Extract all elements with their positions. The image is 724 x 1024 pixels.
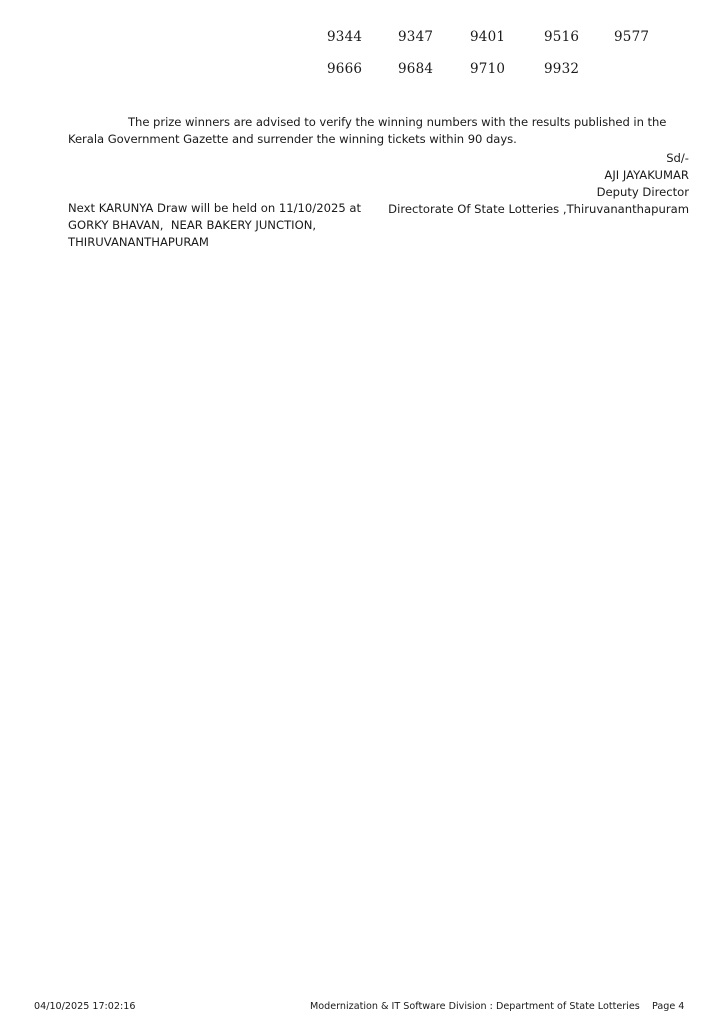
signatory-designation: Deputy Director (597, 184, 689, 201)
next-draw-line: Next KARUNYA Draw will be held on 11/10/… (68, 200, 388, 217)
signature-sd: Sd/- (666, 150, 689, 167)
numbers-row: 9666 9684 9710 9932 (0, 59, 724, 79)
winning-number: 9577 (614, 27, 649, 47)
winning-number: 9516 (544, 27, 579, 47)
winning-number: 9710 (470, 59, 505, 79)
footer-page-number: Page 4 (652, 1000, 684, 1013)
winning-number: 9666 (327, 59, 362, 79)
winning-number: 9401 (470, 27, 505, 47)
winning-number: 9684 (398, 59, 433, 79)
signatory-office: Directorate Of State Lotteries ,Thiruvan… (388, 201, 689, 218)
prize-notice: The prize winners are advised to verify … (68, 114, 688, 148)
next-draw-line: GORKY BHAVAN, NEAR BAKERY JUNCTION, (68, 217, 388, 234)
footer-timestamp: 04/10/2025 17:02:16 (34, 1000, 135, 1013)
winning-number: 9932 (544, 59, 579, 79)
next-draw-line: THIRUVANANTHAPURAM (68, 234, 388, 251)
footer-division: Modernization & IT Software Division : D… (310, 1000, 640, 1013)
next-draw-info: Next KARUNYA Draw will be held on 11/10/… (68, 200, 388, 251)
winning-number: 9344 (327, 27, 362, 47)
signatory-name: AJI JAYAKUMAR (604, 167, 689, 184)
numbers-row: 9344 9347 9401 9516 9577 (0, 27, 724, 47)
winning-number: 9347 (398, 27, 433, 47)
